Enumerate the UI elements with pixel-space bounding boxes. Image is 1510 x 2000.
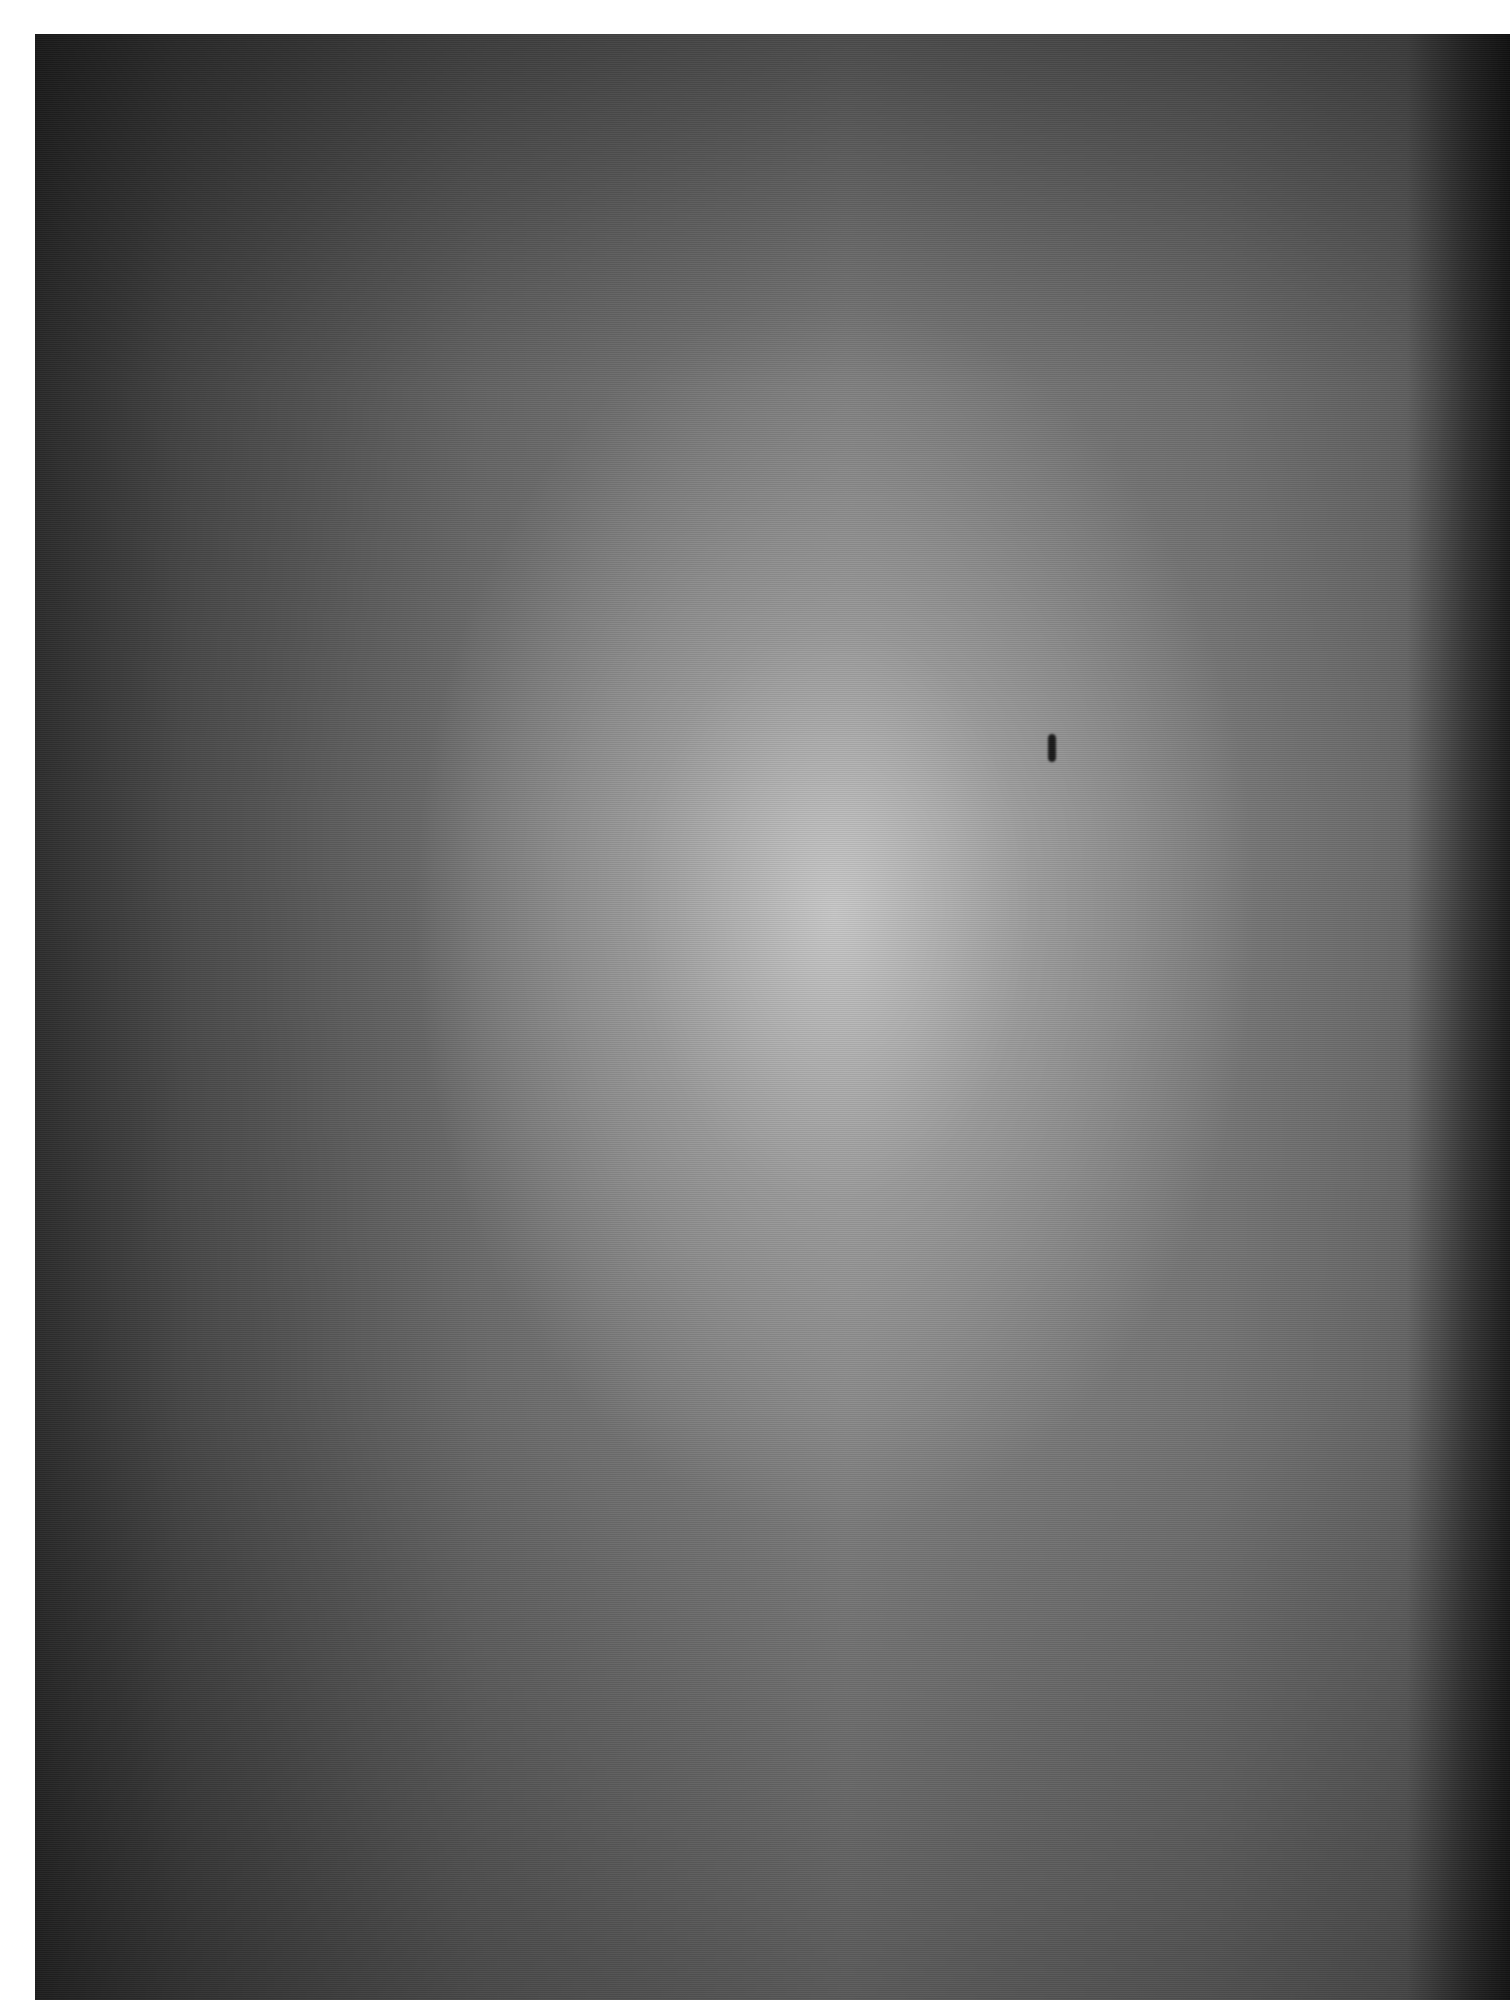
top-ruler-ticks: [0, 0, 1510, 34]
manuscript-scan: [35, 34, 1510, 2000]
top-ruler: [0, 0, 1510, 34]
ink-mark: [1048, 734, 1056, 762]
left-ruler-ticks: [0, 0, 35, 2000]
left-ruler: [0, 0, 35, 2000]
